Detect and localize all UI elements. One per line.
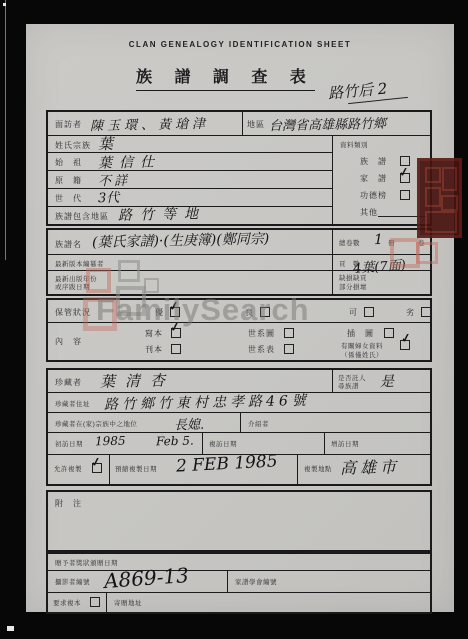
red-seal-fragment	[416, 242, 438, 264]
scanned-genealogy-sheet: { "watermark": "FamilySearch", "header":…	[0, 0, 468, 639]
position-label: 珍藏者在(家)宗族中之地位	[55, 419, 137, 428]
addvisit-label: 增訪日期	[331, 439, 359, 448]
lend-label-2: 尋族譜	[338, 381, 359, 390]
mailing-label: 寄贈地址	[114, 598, 142, 607]
volumes-label: 總卷數	[339, 238, 360, 247]
category-label: 資料類別	[340, 140, 368, 149]
english-title: CLAN GENEALOGY IDENTIFICATION SHEET	[26, 40, 454, 49]
area-label: 地區	[247, 119, 265, 130]
holder-name-value: 葉清杏	[100, 369, 175, 392]
society-label: 家譜學會編號	[235, 577, 277, 586]
familysearch-watermark: FamilySearch	[96, 292, 310, 328]
pubdate-label-2: 或序跋日期	[55, 282, 90, 291]
award-label: 贈予者獎狀頒贈日期	[55, 558, 118, 567]
seal-glyph	[425, 211, 457, 233]
content-option-note: （係僅姓氏）	[341, 350, 383, 359]
line	[242, 112, 243, 135]
damage-label-1: 缺損缺頁	[339, 273, 367, 282]
category-option-label: 族 譜	[360, 156, 387, 167]
copy-request-checkbox	[90, 597, 100, 607]
category-other-label: 其他	[360, 207, 378, 218]
line	[332, 230, 333, 294]
first-visit-value-2: Feb 5.	[156, 434, 194, 449]
notes-label: 附 注	[55, 498, 82, 509]
address-value: 路竹鄉竹東村忠孝路46號	[104, 390, 310, 414]
revisit-label: 複訪日期	[209, 439, 237, 448]
line	[332, 370, 333, 392]
book-title-label: 族譜名	[55, 239, 82, 250]
copy-place-value: 高雄市	[340, 454, 400, 478]
line	[48, 188, 332, 189]
admin-table: 贈予者獎狀頒贈日期 攝影者編號 A869-13 家譜學會編號 要求複本 寄贈地址	[46, 552, 432, 614]
address-label: 珍藏者住址	[55, 399, 90, 408]
line	[324, 432, 325, 454]
content-option-label: 寫本	[145, 328, 163, 339]
seal-glyph	[442, 167, 457, 191]
line	[48, 170, 332, 171]
content-option-label: 有關婦女資料	[341, 341, 383, 350]
coverage-value: 路竹等地	[118, 203, 206, 225]
content-checkbox	[284, 328, 294, 338]
line	[48, 152, 332, 153]
generation-value: 3代	[98, 187, 120, 206]
seal-glyph	[441, 195, 458, 211]
condition-checkbox	[364, 307, 374, 317]
holder-table: 珍藏者 葉清杏 是否託人 尋族譜 是 珍藏者住址 路竹鄉竹東村忠孝路46號 珍藏…	[46, 368, 432, 486]
area-value: 台灣省高雄縣路竹鄉	[269, 113, 386, 134]
copy-request-label: 要求複本	[53, 598, 81, 607]
film-speck	[7, 626, 14, 631]
interviewer-label: 面訪者	[55, 119, 82, 130]
line	[240, 412, 241, 432]
content-checkbox	[284, 344, 294, 354]
condition-option-label: 劣	[406, 307, 415, 318]
content-option-label: 插 圖	[347, 328, 374, 339]
introducer-label: 介紹者	[248, 419, 269, 428]
seal-glyph	[425, 167, 441, 183]
watermark-square	[144, 278, 159, 293]
damage-label-2: 部分損壞	[339, 282, 367, 291]
checkmark: ✓	[400, 333, 411, 343]
seal-glyph	[425, 187, 441, 207]
content-checkbox	[384, 328, 394, 338]
checkmark: ✓	[90, 457, 101, 467]
content-checkbox	[171, 344, 181, 354]
line	[48, 254, 430, 255]
generation-label: 世 代	[55, 193, 82, 204]
book-title-value: (葉氏家譜)·(生庚簿)(鄭同宗)	[92, 228, 270, 252]
photographer-value: A869-13	[103, 563, 189, 593]
origin-label: 原 籍	[55, 175, 82, 186]
line	[227, 570, 228, 592]
film-edge-line	[5, 0, 6, 260]
clan-value: 葉	[98, 133, 113, 154]
condition-checkbox	[421, 307, 431, 317]
checkmark: ✓	[398, 167, 409, 177]
film-speck	[3, 3, 6, 6]
coverage-label: 族譜包含地區	[55, 211, 109, 222]
content-option-label: 世系表	[248, 344, 275, 355]
permission-label: 允許複製	[54, 464, 82, 473]
line	[332, 135, 333, 224]
first-visit-value: 1985	[95, 434, 126, 449]
red-seal-fragment	[86, 268, 111, 293]
content-label: 內 容	[55, 336, 82, 347]
condition-option-label: 可	[349, 307, 358, 318]
chinese-title: 族 譜 調 查 表	[136, 64, 315, 91]
red-seal-stamp	[417, 158, 462, 238]
photographer-label: 攝影者編號	[55, 577, 90, 586]
content-option-label: 世系圖	[248, 328, 275, 339]
founder-label: 始 祖	[55, 157, 82, 168]
line	[202, 432, 203, 454]
notes-box: 附 注	[46, 490, 432, 552]
first-visit-label: 初訪日期	[55, 439, 83, 448]
line	[109, 454, 110, 484]
line	[106, 592, 107, 612]
position-value: 長媳.	[174, 414, 205, 434]
category-option-label: 家 譜	[360, 173, 387, 184]
watermark-square	[118, 260, 140, 282]
line	[297, 454, 298, 484]
copy-place-label: 複製地點	[304, 464, 332, 473]
clan-label: 姓氏宗族	[55, 140, 91, 151]
lend-value: 是	[380, 371, 394, 391]
holder-name-label: 珍藏者	[55, 377, 82, 388]
copy-date-label: 預縮複製日期	[115, 464, 157, 473]
editor-label: 最新版本編纂者	[55, 259, 104, 268]
category-option-checkbox	[400, 190, 410, 200]
interviewer-value: 陳玉環、黃瑲津	[90, 113, 209, 134]
category-option-label: 功德榜	[360, 190, 387, 201]
copy-date-value: 2 FEB 1985	[176, 451, 279, 476]
line	[48, 432, 430, 433]
content-option-label: 刊本	[145, 344, 163, 355]
basic-info-table: 面訪者 陳玉環、黃瑲津 地區 台灣省高雄縣路竹鄉 姓氏宗族 葉 始 祖 葉信仕 …	[46, 110, 432, 226]
volumes-value: 1	[374, 232, 383, 248]
